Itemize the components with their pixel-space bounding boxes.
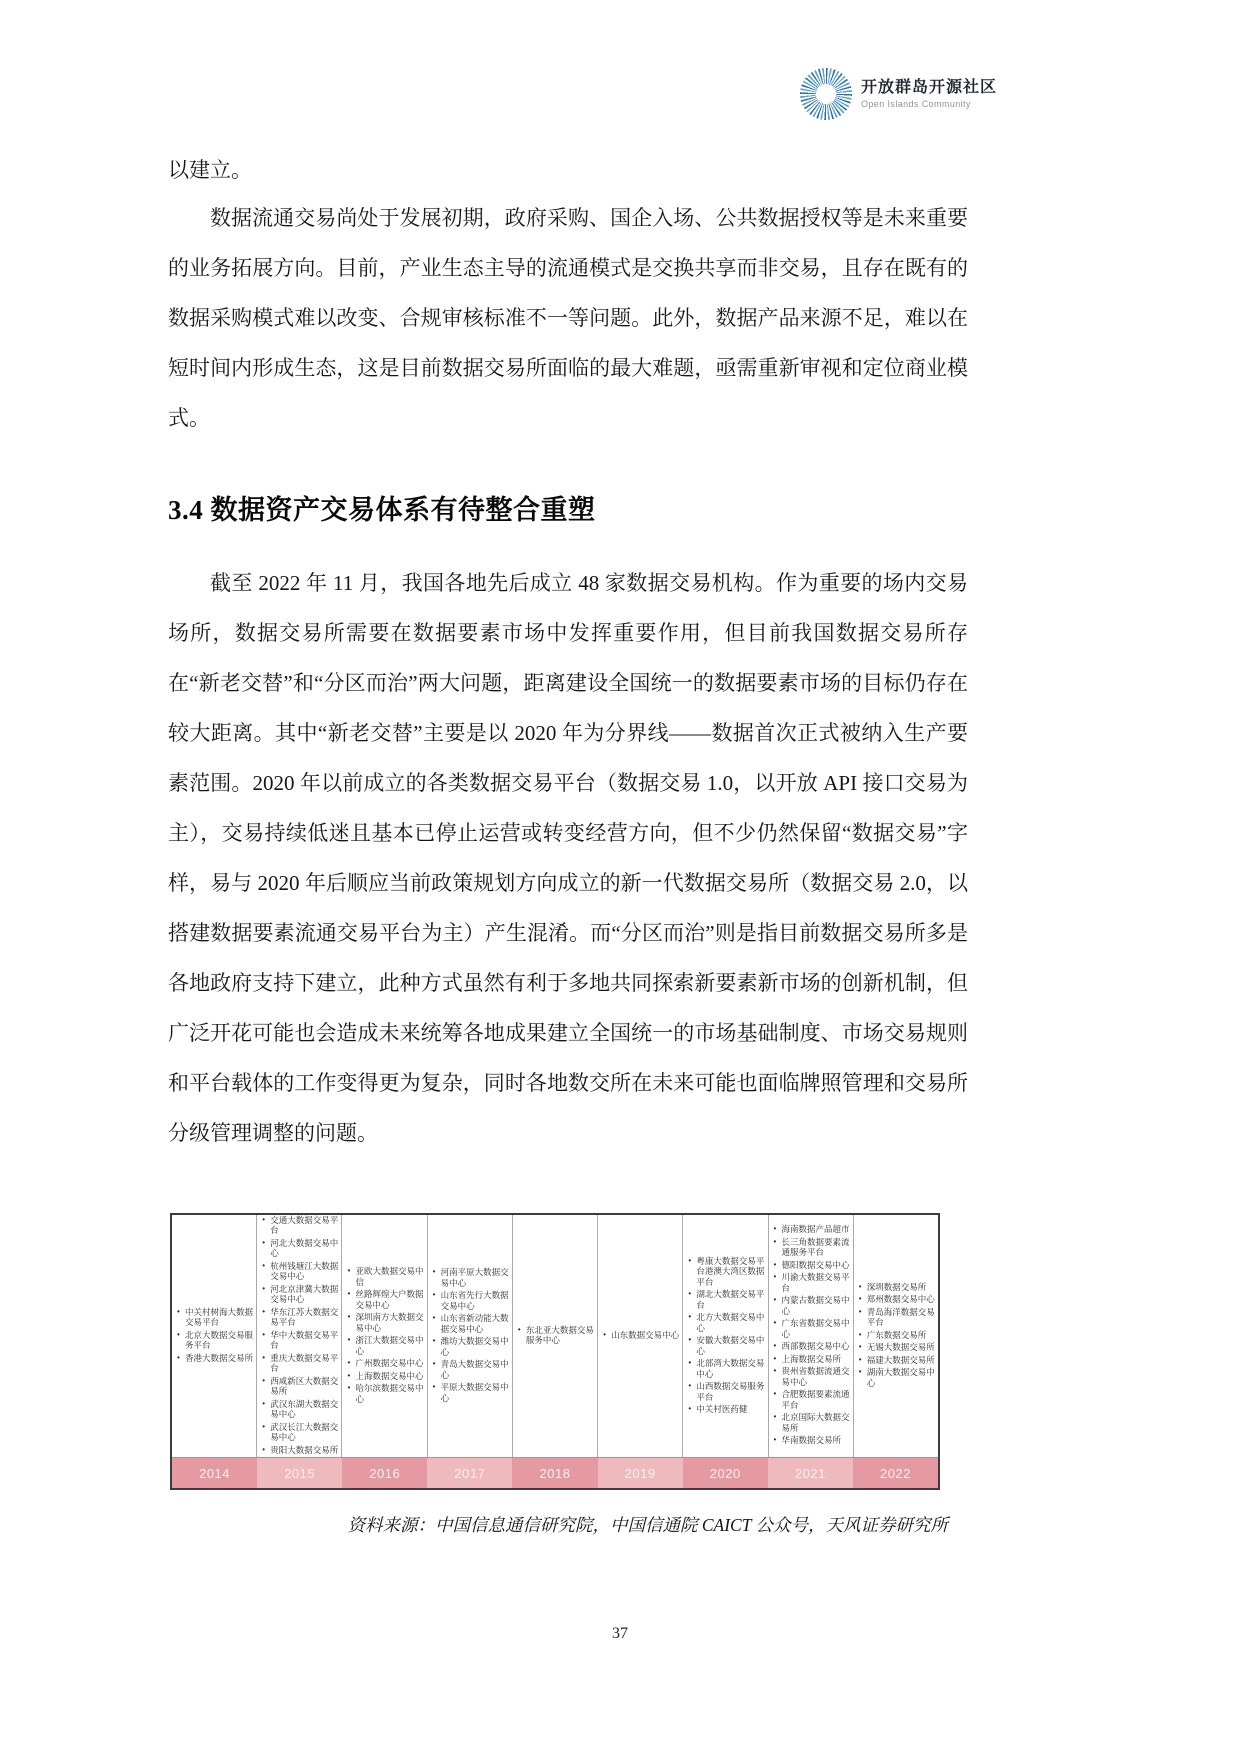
exchange-item: 山西数据交易服务平台: [687, 1381, 765, 1402]
exchange-item: 上海数据交易中心: [346, 1371, 424, 1382]
exchange-list: 深圳数据交易所郑州数据交易中心青岛海洋数据交易平台广东数据交易所无锡大数据交易所…: [858, 1282, 936, 1391]
exchange-list: 粤康大数据交易平台港澳大湾区数据平台湖北大数据交易平台北方大数据交易中心安徽大数…: [687, 1256, 765, 1417]
exchange-item: 武汉长江大数据交易中心: [261, 1422, 339, 1443]
timeline-figure-columns: 中关村树海大数据交易平台北京大数据交易服务平台香港大数据交易所交通大数据交易平台…: [172, 1215, 938, 1457]
exchange-item: 山东省新动能大数据交易中心: [432, 1313, 510, 1334]
exchange-item: 广州数据交易中心: [346, 1358, 424, 1369]
year-label-2020: 2020: [683, 1458, 768, 1488]
exchange-item: 西咸新区大数据交易所: [261, 1376, 339, 1397]
exchange-item: 安徽大数据交易中心: [687, 1335, 765, 1356]
burst-icon: [800, 68, 852, 120]
exchange-item: 武汉东湖大数据交易中心: [261, 1399, 339, 1420]
exchange-item: 海南数据产品超市: [773, 1224, 851, 1235]
figure-source-note: 资料来源：中国信息通信研究院，中国信通院 CAICT 公众号，天风证券研究所: [168, 1512, 968, 1537]
exchange-item: 粤康大数据交易平台港澳大湾区数据平台: [687, 1256, 765, 1288]
exchange-item: 亚欧大数据交易中信: [346, 1266, 424, 1287]
exchange-item: 交通大数据交易平台: [261, 1215, 339, 1236]
year-label-2014: 2014: [172, 1458, 257, 1488]
exchange-list: 中关村树海大数据交易平台北京大数据交易服务平台香港大数据交易所: [176, 1307, 254, 1366]
year-label-2022: 2022: [853, 1458, 938, 1488]
exchange-item: 湖南大数据交易中心: [858, 1367, 936, 1388]
report-page: { "header": { "logo": { "title": "开放群岛开源…: [0, 0, 1240, 1753]
exchange-item: 哈尔滨数据交易中心: [346, 1383, 424, 1404]
exchange-item: 华中大数据交易平台: [261, 1330, 339, 1351]
exchange-item: 青岛海洋数据交易平台: [858, 1307, 936, 1328]
year-label-2015: 2015: [257, 1458, 342, 1488]
exchange-item: 山东数据交易中心: [602, 1330, 680, 1341]
exchange-item: 内蒙古数据交易中心: [773, 1295, 851, 1316]
exchange-list: 交通大数据交易平台河北大数据交易中心杭州钱塘江大数据交易中心河北京津冀大数据交易…: [261, 1215, 339, 1457]
exchange-item: 华南数据交易所: [773, 1435, 851, 1446]
paragraph-intro: 数据流通交易尚处于发展初期，政府采购、国企入场、公共数据授权等是未来重要的业务拓…: [168, 193, 968, 443]
timeline-column-2022: 深圳数据交易所郑州数据交易中心青岛海洋数据交易平台广东数据交易所无锡大数据交易所…: [854, 1215, 938, 1457]
org-logo: 开放群岛开源社区 Open Islands Community: [800, 68, 997, 120]
page-number: 37: [0, 1625, 1240, 1643]
timeline-column-2014: 中关村树海大数据交易平台北京大数据交易服务平台香港大数据交易所: [172, 1215, 257, 1457]
exchange-item: 青岛大数据交易中心: [432, 1359, 510, 1380]
exchange-list: 东北亚大数据交易服务中心: [517, 1325, 595, 1348]
year-label-2016: 2016: [342, 1458, 427, 1488]
exchange-item: 北部湾大数据交易中心: [687, 1358, 765, 1379]
exchange-item: 平原大数据交易中心: [432, 1382, 510, 1403]
exchange-item: 无锡大数据交易所: [858, 1342, 936, 1353]
paragraph-continuation: 以建立。: [168, 145, 968, 195]
timeline-column-2017: 河南平原大数据交易中心山东省先行大数据交易中心山东省新动能大数据交易中心潍坊大数…: [428, 1215, 513, 1457]
exchange-item: 河南平原大数据交易中心: [432, 1267, 510, 1288]
exchange-item: 潍坊大数据交易中心: [432, 1336, 510, 1357]
exchange-item: 贵州省数据流通交易中心: [773, 1366, 851, 1387]
exchange-item: 重庆大数据交易平台: [261, 1353, 339, 1374]
exchange-item: 河北大数据交易中心: [261, 1238, 339, 1259]
exchange-item: 长三角数据要素流通服务平台: [773, 1237, 851, 1258]
year-label-2019: 2019: [598, 1458, 683, 1488]
exchange-item: 河北京津冀大数据交易中心: [261, 1284, 339, 1305]
timeline-year-bar: 201420152016201720182019202020212022: [172, 1457, 938, 1488]
exchange-item: 广东数据交易所: [858, 1330, 936, 1341]
logo-title: 开放群岛开源社区: [861, 79, 997, 97]
exchange-item: 湖北大数据交易平台: [687, 1289, 765, 1310]
exchange-item: 郑州数据交易中心: [858, 1294, 936, 1305]
timeline-column-2019: 山东数据交易中心: [598, 1215, 683, 1457]
exchange-item: 中关村医药健: [687, 1404, 765, 1415]
exchange-item: 合肥数据要素流通平台: [773, 1389, 851, 1410]
exchange-item: 东北亚大数据交易服务中心: [517, 1325, 595, 1346]
timeline-figure: 中关村树海大数据交易平台北京大数据交易服务平台香港大数据交易所交通大数据交易平台…: [170, 1213, 940, 1490]
exchange-item: 山东省先行大数据交易中心: [432, 1290, 510, 1311]
exchange-list: 河南平原大数据交易中心山东省先行大数据交易中心山东省新动能大数据交易中心潍坊大数…: [432, 1267, 510, 1405]
exchange-item: 杭州钱塘江大数据交易中心: [261, 1261, 339, 1282]
exchange-item: 香港大数据交易所: [176, 1353, 254, 1364]
exchange-item: 川渝大数据交易平台: [773, 1272, 851, 1293]
timeline-column-2018: 东北亚大数据交易服务中心: [513, 1215, 598, 1457]
timeline-column-2021: 海南数据产品超市长三角数据要素流通服务平台德阳数据交易中心川渝大数据交易平台内蒙…: [769, 1215, 854, 1457]
logo-subtitle: Open Islands Community: [861, 99, 997, 109]
timeline-column-2015: 交通大数据交易平台河北大数据交易中心杭州钱塘江大数据交易中心河北京津冀大数据交易…: [257, 1215, 342, 1457]
exchange-item: 广东省数据交易中心: [773, 1318, 851, 1339]
year-label-2017: 2017: [427, 1458, 512, 1488]
section-heading: 3.4 数据资产交易体系有待整合重塑: [168, 488, 968, 527]
exchange-item: 西部数据交易中心: [773, 1341, 851, 1352]
exchange-item: 深圳数据交易所: [858, 1282, 936, 1293]
exchange-list: 山东数据交易中心: [602, 1330, 680, 1343]
exchange-list: 海南数据产品超市长三角数据要素流通服务平台德阳数据交易中心川渝大数据交易平台内蒙…: [773, 1224, 851, 1448]
exchange-item: 中关村树海大数据交易平台: [176, 1307, 254, 1328]
exchange-item: 上海数据交易所: [773, 1354, 851, 1365]
year-label-2021: 2021: [768, 1458, 853, 1488]
year-label-2018: 2018: [512, 1458, 597, 1488]
exchange-item: 北京国际大数据交易所: [773, 1412, 851, 1433]
exchange-item: 福建大数据交易所: [858, 1355, 936, 1366]
exchange-item: 丝路辉煌大户数据交易中心: [346, 1289, 424, 1310]
exchange-item: 北京大数据交易服务平台: [176, 1330, 254, 1351]
paragraph-main: 截至 2022 年 11 月，我国各地先后成立 48 家数据交易机构。作为重要的…: [168, 558, 968, 1158]
logo-text: 开放群岛开源社区 Open Islands Community: [861, 79, 997, 110]
exchange-item: 浙江大数据交易中心: [346, 1335, 424, 1356]
timeline-column-2020: 粤康大数据交易平台港澳大湾区数据平台湖北大数据交易平台北方大数据交易中心安徽大数…: [683, 1215, 768, 1457]
exchange-item: 德阳数据交易中心: [773, 1260, 851, 1271]
exchange-item: 深圳南方大数据交易中心: [346, 1312, 424, 1333]
exchange-item: 贵阳大数据交易所: [261, 1445, 339, 1456]
exchange-item: 北方大数据交易中心: [687, 1312, 765, 1333]
exchange-item: 华东江苏大数据交易平台: [261, 1307, 339, 1328]
timeline-column-2016: 亚欧大数据交易中信丝路辉煌大户数据交易中心深圳南方大数据交易中心浙江大数据交易中…: [342, 1215, 427, 1457]
exchange-list: 亚欧大数据交易中信丝路辉煌大户数据交易中心深圳南方大数据交易中心浙江大数据交易中…: [346, 1266, 424, 1406]
